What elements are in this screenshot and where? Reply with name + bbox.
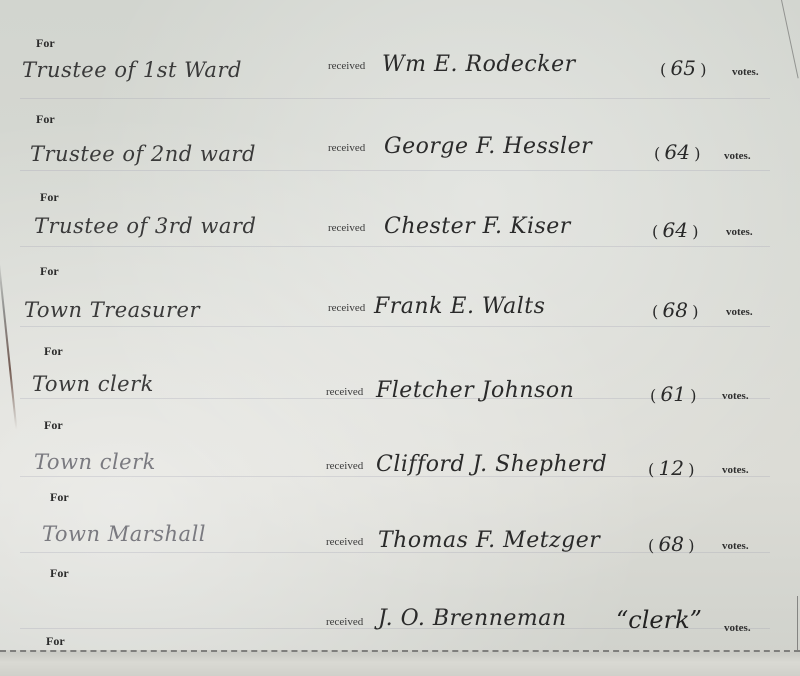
received-label: received	[326, 386, 363, 398]
for-label: For	[40, 190, 59, 205]
for-label: For	[36, 112, 55, 127]
received-label: received	[326, 536, 363, 548]
vote-count-value: 68	[658, 298, 692, 322]
vote-count-value: 65	[666, 56, 700, 80]
vote-count: (65)	[660, 56, 707, 80]
vote-count: (12)	[648, 456, 695, 480]
vote-count-value: 68	[654, 532, 688, 556]
votes-label: votes.	[722, 540, 749, 552]
for-label: For	[44, 344, 63, 359]
for-label: For	[46, 634, 65, 649]
received-label: received	[326, 616, 363, 628]
candidate-name: Frank E. Walts	[374, 294, 545, 319]
page-tear	[0, 250, 17, 429]
received-label: received	[328, 142, 365, 154]
office-name: Town Treasurer	[24, 298, 200, 322]
office-name: Town clerk	[32, 372, 154, 396]
ruled-line	[20, 170, 770, 171]
vote-count: (64)	[654, 140, 701, 164]
for-label: For	[50, 490, 69, 505]
page-crease	[781, 0, 799, 78]
votes-label: votes.	[722, 390, 749, 402]
office-name: Trustee of 3rd ward	[34, 214, 256, 238]
received-label: received	[328, 60, 365, 72]
for-label: For	[36, 36, 55, 51]
for-label: For	[40, 264, 59, 279]
candidate-name: Thomas F. Metzger	[378, 528, 600, 553]
office-name: Trustee of 1st Ward	[22, 58, 242, 82]
office-name: Trustee of 2nd ward	[30, 142, 256, 166]
received-label: received	[326, 460, 363, 472]
ruled-line	[20, 246, 770, 247]
candidate-name: J. O. Brenneman	[378, 606, 567, 631]
votes-label: votes.	[724, 150, 751, 162]
received-label: received	[328, 302, 365, 314]
candidate-name: George F. Hessler	[384, 134, 592, 159]
candidate-name: Fletcher Johnson	[376, 378, 574, 403]
votes-label: votes.	[732, 66, 759, 78]
ruled-line	[20, 326, 770, 327]
vote-count: (61)	[650, 382, 697, 406]
vote-count: (64)	[652, 218, 699, 242]
vote-count: (68)	[648, 532, 695, 556]
received-label: received	[328, 222, 365, 234]
vote-count-value: 12	[654, 456, 688, 480]
vote-count-value: 64	[660, 140, 694, 164]
votes-label: votes.	[724, 622, 751, 634]
for-label: For	[50, 566, 69, 581]
votes-label: votes.	[726, 226, 753, 238]
candidate-name: Wm E. Rodecker	[382, 52, 576, 77]
office-name: Town Marshall	[42, 522, 206, 546]
for-label: For	[44, 418, 63, 433]
handwritten-note: “clerk”	[616, 606, 702, 634]
office-name: Town clerk	[34, 450, 156, 474]
vote-count: (68)	[652, 298, 699, 322]
votes-label: votes.	[726, 306, 753, 318]
vote-count-value: 61	[656, 382, 690, 406]
candidate-name: Chester F. Kiser	[384, 214, 571, 239]
votes-label: votes.	[722, 464, 749, 476]
page-bottom-edge	[0, 650, 800, 676]
vote-count-value: 64	[658, 218, 692, 242]
page-crease	[797, 596, 798, 656]
candidate-name: Clifford J. Shepherd	[376, 452, 607, 477]
ruled-line	[20, 98, 770, 99]
document-sheet: For Trustee of 1st Ward received Wm E. R…	[0, 0, 800, 676]
